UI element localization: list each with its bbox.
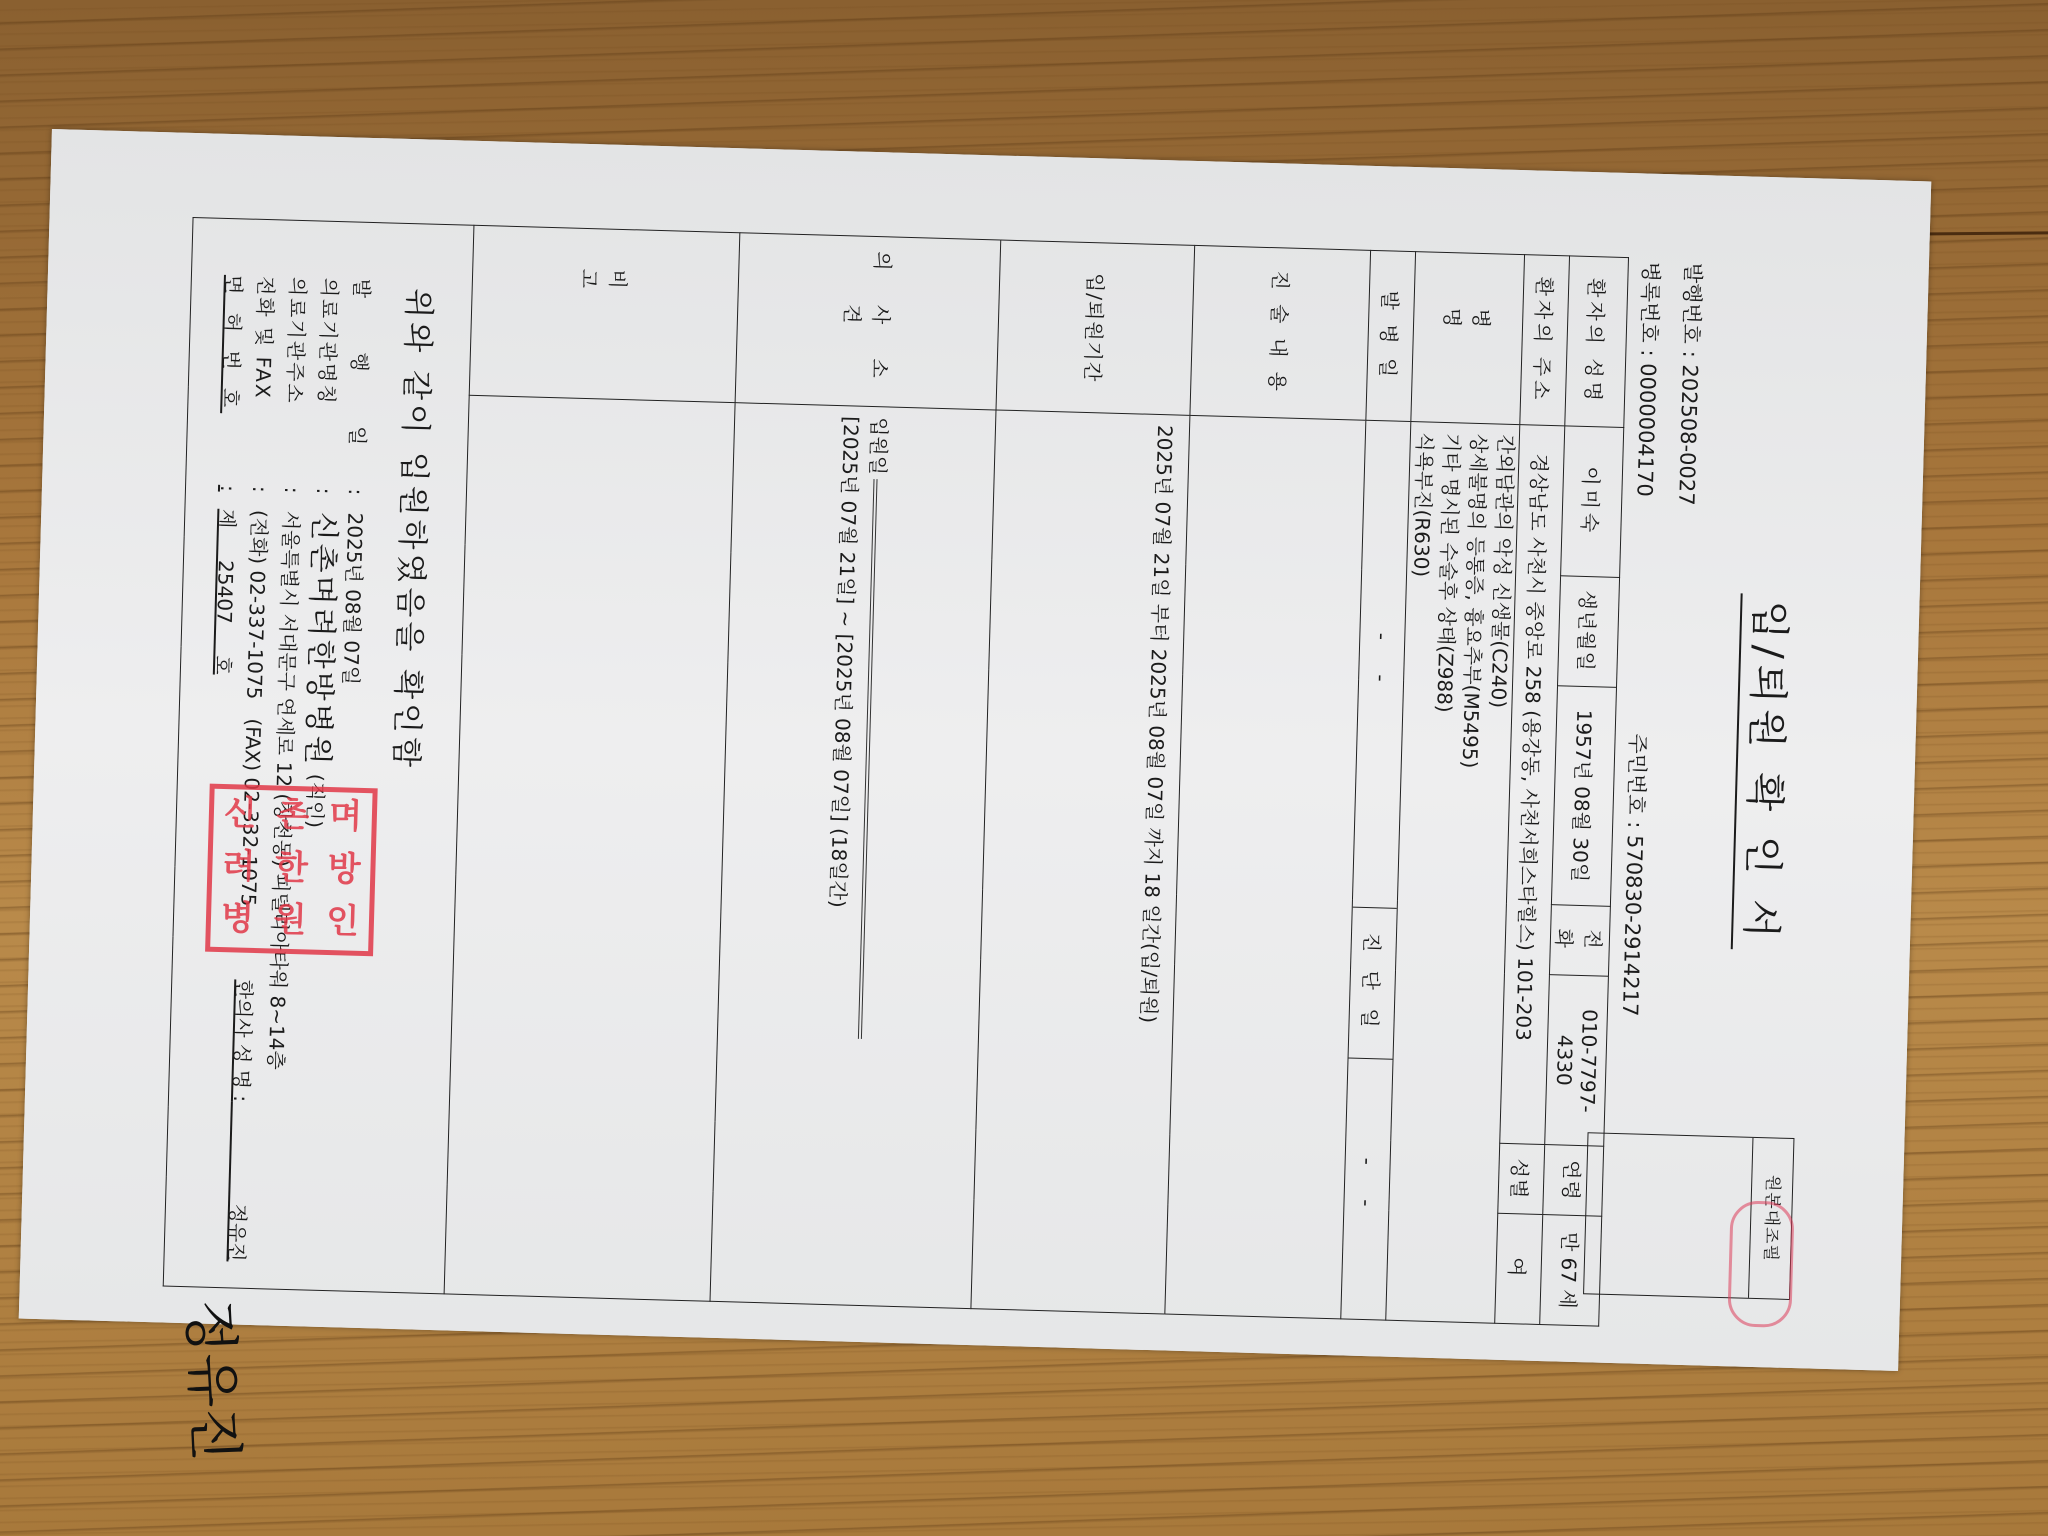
admission-discharge-certificate: 입/퇴원 확 인 서 발행번호 : 202508-0027 병록번호 : 000…	[19, 129, 1931, 1371]
address-label: 환자의 주소	[1520, 255, 1570, 426]
remarks-label: 비 고	[469, 225, 740, 402]
license-number: 제 25407 호	[207, 509, 244, 676]
birth-label: 생년월일	[1558, 575, 1620, 686]
period-label: 입/퇴원기간	[996, 240, 1195, 415]
diagnosis-date-label: 진 단 일	[1349, 907, 1397, 1060]
name-label: 환자의 성명	[1565, 256, 1629, 427]
statement-row: 진 술 내 용	[1165, 245, 1371, 1318]
patient-age: 만 67 세	[1540, 1215, 1602, 1327]
period-row: 입/퇴원기간 2025년 07월 21일 부터 2025년 08월 07일 까지…	[971, 240, 1195, 1314]
opinion-label: 의 사 소 견	[735, 233, 1001, 410]
birth-date: 1957년 08월 30일	[1551, 685, 1616, 906]
opinion-separator	[858, 479, 878, 1039]
patient-sex: 여	[1495, 1213, 1543, 1324]
period-value: 2025년 07월 21일 부터 2025년 08월 07일 까지 18 일간(…	[971, 410, 1190, 1314]
phone-label: 전 화	[1549, 905, 1610, 977]
age-label: 연령	[1543, 1145, 1604, 1217]
doctor-signature: 정유진	[173, 1297, 260, 1463]
onset-label: 발 병 일	[1366, 250, 1416, 421]
diagnosis-date: - -	[1341, 1059, 1392, 1320]
certificate-table: 환자의 성명 이미숙 생년월일 1957년 08월 30일 전 화 010-77…	[163, 217, 1629, 1327]
diagnosis-label: 병 명	[1411, 252, 1525, 425]
resident-number: 주민번호 : 570830-2914217	[1616, 733, 1654, 1017]
issuance-row: 위와 같이 입원하였음을 확인함 발 행 일:2025년 08월 07일 의료기…	[163, 217, 474, 1293]
confirmation-statement: 위와 같이 입원하였음을 확인함	[372, 234, 446, 1283]
issue-number: 발행번호 : 202508-0027	[1672, 262, 1709, 506]
remarks-row: 비 고	[444, 225, 740, 1301]
hospital-seal: 신 촌 며 려 한 방 병 원 인	[205, 784, 378, 957]
statement-label: 진 술 내 용	[1190, 245, 1371, 420]
patient-name: 이미숙	[1561, 426, 1624, 577]
opinion-text: 입원일 [2025년 07월 21일] ~ [2025년 08월 07일] (1…	[710, 402, 996, 1308]
record-number: 병록번호 : 0000004170	[1630, 261, 1667, 497]
opinion-row: 의 사 소 견 입원일 [2025년 07월 21일] ~ [2025년 08월…	[710, 233, 1001, 1309]
verification-stamp	[1727, 1200, 1794, 1328]
patient-phone: 010-7797-4330	[1545, 975, 1609, 1146]
statement-value	[1165, 415, 1366, 1319]
sex-label: 성별	[1498, 1143, 1545, 1214]
doctor-name: 정유진	[224, 1203, 250, 1262]
opinion-prefix: 입원일	[866, 417, 892, 476]
remarks-value	[444, 395, 735, 1301]
